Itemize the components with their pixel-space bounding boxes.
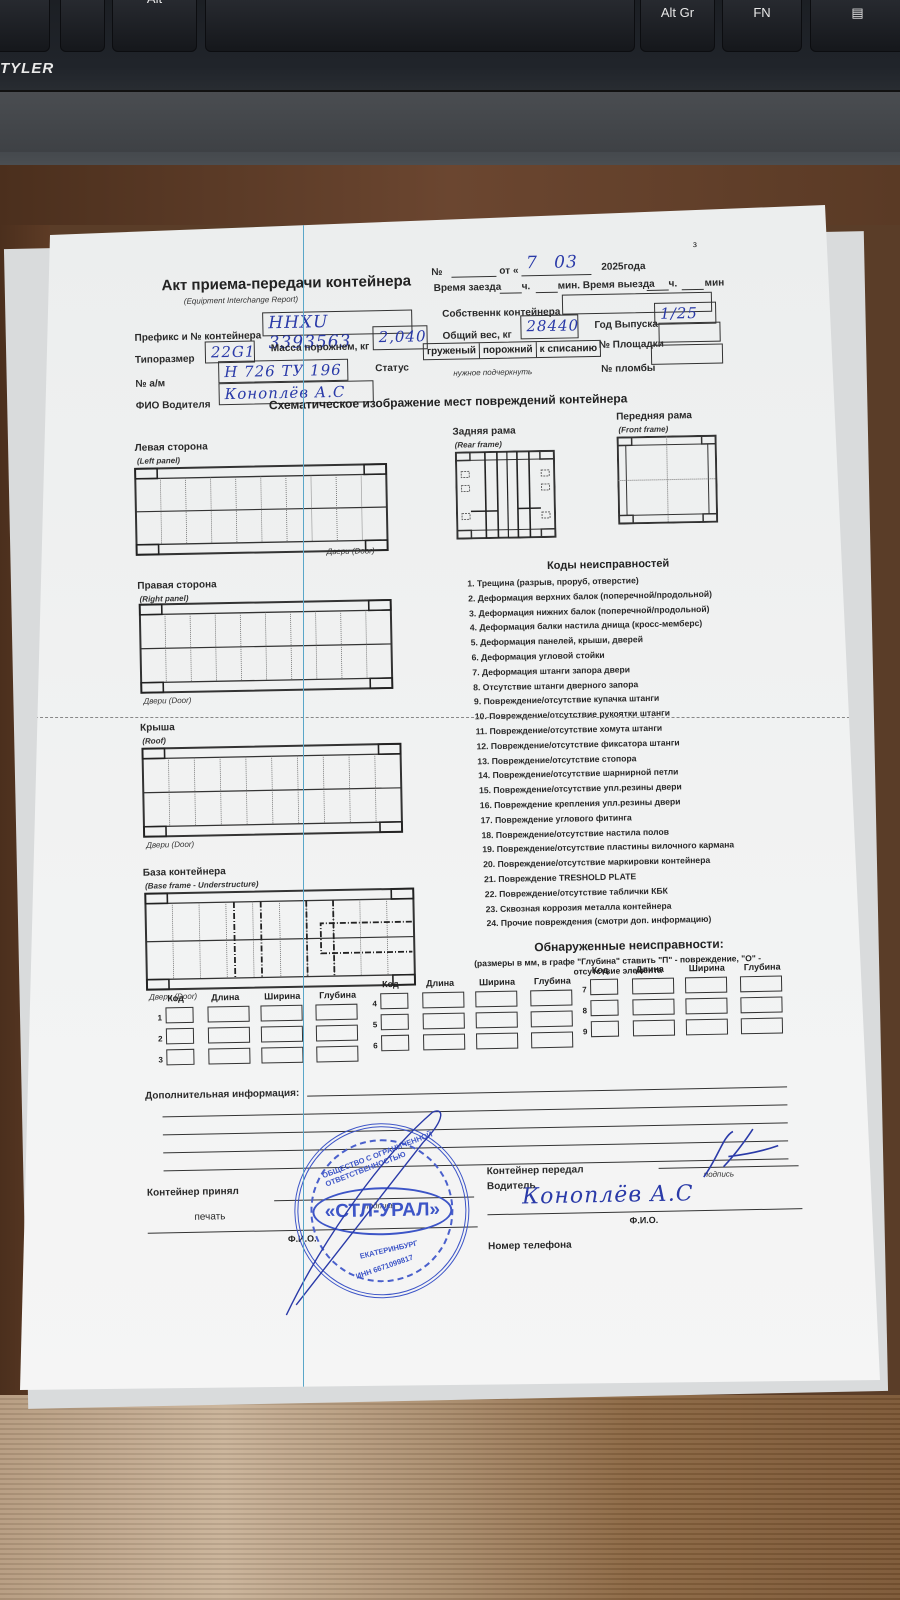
page-marker: з [693,239,697,249]
keyboard-key-altgr: Alt Gr [640,0,715,52]
menu-key-icon: ▤ [810,0,900,52]
defects-cell-depth[interactable] [315,1004,357,1021]
front-frame-subtitle: (Front frame) [618,425,668,435]
defects-row-number: 6 [373,1041,378,1050]
date-month-value[interactable]: 03 [549,252,578,273]
date-underline [521,274,591,276]
number-label: № [431,267,442,278]
form-title: Акт приема-передачи контейнера [161,273,411,295]
left-panel-door-label: Двери (Door) [327,546,375,556]
defects-row-number: 7 [582,985,587,994]
defects-row-number: 5 [373,1020,378,1029]
additional-info-line[interactable] [163,1104,788,1117]
defects-cell-depth[interactable] [740,976,782,993]
status-option-empty[interactable]: порожний [480,342,537,358]
defects-note: (размеры в мм, в графе "Глубина" ставить… [453,952,783,978]
defects-cell-length[interactable] [208,1048,250,1065]
defects-cell-length[interactable] [632,978,674,995]
year-label: Год Выпуска [594,319,658,331]
defects-title: Обнаруженные неисправности: [534,937,724,955]
defects-column-header: Код [167,993,184,1003]
rear-frame-subtitle: (Rear frame) [455,440,502,450]
defects-column-header: Длина [211,992,239,1003]
defects-cell-code[interactable] [165,1007,193,1024]
defects-cell-width[interactable] [685,977,727,994]
driver-fio-handwritten[interactable]: Коноплёв А.С [517,1184,694,1207]
defects-cell-code[interactable] [381,1035,409,1052]
fio-label-right: Ф.И.О. [630,1215,659,1226]
received-label: Контейнер принял [147,1186,239,1199]
defects-cell-width[interactable] [476,1033,518,1050]
handed-label: Контейнер передал [487,1164,584,1177]
document-paper: з Акт приема-передачи контейнера (Equipm… [20,205,880,1400]
desk-surface [0,1395,900,1600]
tare-label: Масса порожнем, кг [271,341,370,354]
defects-column-header: Глубина [534,976,571,987]
defects-cell-depth[interactable] [530,990,572,1007]
fold-line [20,717,880,718]
defects-cell-length[interactable] [632,999,674,1016]
arrival-minute-field[interactable] [536,292,558,293]
form-subtitle: (Equipment Interchange Report) [184,295,298,306]
minute-label: мин [705,277,725,288]
departure-minute-field[interactable] [682,289,704,290]
defects-cell-length[interactable] [207,1006,249,1023]
seal-label: № пломбы [601,363,655,375]
defects-column-header: Ширина [479,977,515,988]
defects-cell-width[interactable] [685,998,727,1015]
arrival-hour-field[interactable] [500,292,522,293]
phone-label: Номер телефона [488,1240,572,1253]
driver-label: ФИО Водителя [136,399,211,411]
roof-door-label: Двери (Door) [146,840,194,850]
keyboard-spacebar [205,0,635,52]
status-hint: нужное подчеркнуть [453,367,532,378]
number-field[interactable] [451,276,496,278]
defects-column-header: Глубина [744,962,781,973]
date-year: 2025года [601,261,645,273]
date-from-label: от « [499,265,518,276]
driver-signature [693,1126,784,1188]
base-frame-title: База контейнера [143,866,226,879]
defects-cell-width[interactable] [476,1012,518,1029]
hour-label: ч. [522,281,531,292]
gross-label: Общий вес, кг [442,330,511,342]
roof-diagram[interactable] [140,742,404,839]
keyboard-keys: Alt Alt Gr FN ▤ [0,0,900,60]
defects-column-header: Длина [636,964,664,975]
keyboard-background: Alt Alt Gr FN ▤ TYLER [0,0,900,165]
defects-cell-length[interactable] [423,1034,465,1051]
roof-title: Крыша [140,722,175,734]
defects-row-number: 8 [582,1006,587,1015]
keyboard-key [0,0,50,52]
arrival-time-label: Время заезда [434,282,502,294]
keyboard-strip [0,90,900,152]
front-frame-title: Передняя рама [616,410,692,422]
defects-cell-code[interactable] [381,1014,409,1031]
defects-cell-depth[interactable] [740,997,782,1014]
defects-cell-width[interactable] [260,1005,302,1022]
rear-frame-title: Задняя рама [452,426,515,438]
scan-line [303,205,304,1400]
hour-label: ч. [669,278,678,289]
site-field[interactable] [658,322,720,343]
keyboard-key [60,0,105,52]
defects-cell-code[interactable] [590,1000,618,1017]
keyboard-brand: TYLER [0,60,54,77]
right-panel-door-label: Двери (Door) [143,696,191,706]
roof-subtitle: (Roof) [142,736,166,745]
keyboard-key-alt: Alt [112,0,197,52]
defects-row-number: 2 [158,1034,163,1043]
defects-cell-width[interactable] [475,991,517,1008]
keyboard-key-fn: FN [722,0,802,52]
defects-column-header: Глубина [319,990,356,1001]
seal-field[interactable] [651,344,723,365]
defects-column-header: Длина [426,978,454,989]
defects-column-header: Код [592,965,609,975]
defects-column-header: Ширина [264,991,300,1002]
defects-cell-code[interactable] [166,1049,194,1066]
defects-column-header: Код [382,979,399,989]
status-option-writeoff[interactable]: к списанию [536,341,600,357]
defects-cell-code[interactable] [590,979,618,996]
left-panel-diagram[interactable] [133,462,390,557]
defects-cell-width[interactable] [261,1026,303,1043]
rear-frame-diagram[interactable] [455,450,557,540]
departure-hour-field[interactable] [647,290,669,291]
defects-cell-length[interactable] [423,1013,465,1030]
defects-cell-length[interactable] [633,1020,675,1037]
defects-cell-code[interactable] [591,1021,619,1038]
status-options: груженый порожний к списанию [423,340,602,360]
defects-cell-depth[interactable] [316,1025,358,1042]
defects-cell-width[interactable] [686,1019,728,1036]
defects-row-number: 9 [583,1027,588,1036]
defects-column-header: Ширина [689,963,725,974]
left-panel-subtitle: (Left panel) [137,456,180,466]
base-frame-diagram[interactable] [143,887,417,992]
defects-row-number: 1 [158,1013,163,1022]
departure-time-label: мин. Время выезда [558,279,655,292]
defects-cell-code[interactable] [380,993,408,1010]
codes-title: Коды неисправностей [547,558,669,572]
defects-cell-code[interactable] [166,1028,194,1045]
codes-list: 1. Трещина (разрыв, проруб, отверстие)2.… [467,573,736,933]
defects-cell-depth[interactable] [531,1032,573,1049]
additional-info-label: Дополнительная информация: [145,1088,299,1102]
vehicle-field[interactable]: Н 726 ТУ 196 [218,359,348,383]
status-option-loaded[interactable]: груженый [424,343,480,359]
defects-cell-depth[interactable] [316,1046,358,1063]
defects-cell-depth[interactable] [741,1018,783,1035]
defects-cell-width[interactable] [261,1047,303,1064]
date-day-value[interactable]: 7 [521,253,538,273]
stamp-label: печать [194,1211,225,1223]
size-type-label: Типоразмер [135,354,195,366]
front-frame-diagram[interactable] [617,435,719,525]
status-label: Статус [375,363,409,375]
defects-row-number: 4 [372,999,377,1008]
defects-cell-depth[interactable] [531,1011,573,1028]
defects-row-number: 3 [158,1055,163,1064]
right-panel-diagram[interactable] [138,598,395,695]
right-panel-title: Правая сторона [137,579,217,592]
defects-cell-length[interactable] [422,992,464,1009]
defects-cell-length[interactable] [208,1027,250,1044]
tare-field[interactable]: 2,040 [372,325,427,350]
vehicle-label: № а/м [135,378,165,390]
gross-field[interactable]: 28440 [520,314,578,339]
additional-info-line[interactable] [307,1086,787,1096]
left-panel-title: Левая сторона [135,441,208,453]
